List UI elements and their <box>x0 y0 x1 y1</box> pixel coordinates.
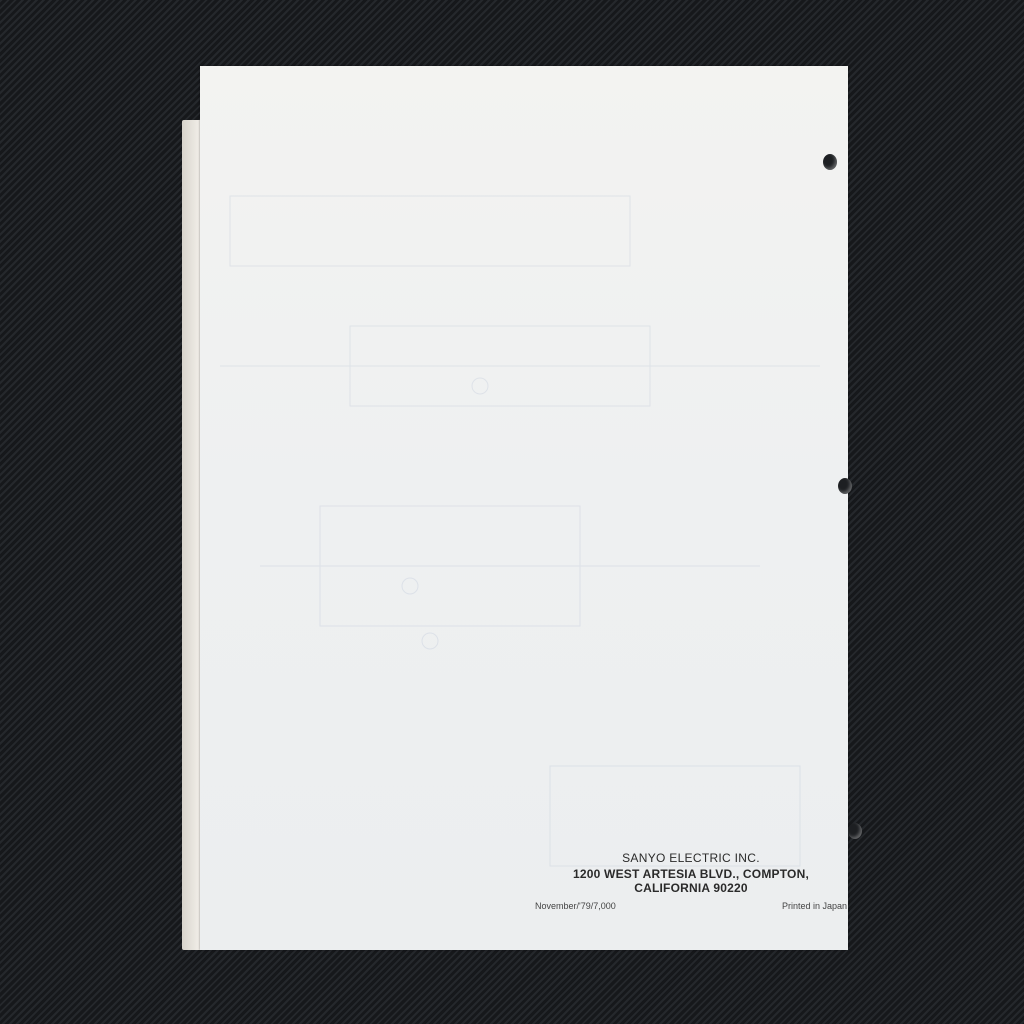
binder-hole-middle <box>838 478 852 494</box>
binder-hole-bottom <box>848 823 862 839</box>
document-page: SANYO ELECTRIC INC. 1200 WEST ARTESIA BL… <box>200 66 848 950</box>
company-name: SANYO ELECTRIC INC. <box>535 851 847 865</box>
binder-hole-top <box>823 154 837 170</box>
company-address: 1200 WEST ARTESIA BLVD., COMPTON, CALIFO… <box>535 867 847 895</box>
publisher-footer: SANYO ELECTRIC INC. 1200 WEST ARTESIA BL… <box>535 851 847 911</box>
bleed-through-schematic <box>200 66 848 950</box>
printed-in: Printed in Japan <box>782 901 847 911</box>
print-code: November/'79/7,000 <box>535 901 616 911</box>
